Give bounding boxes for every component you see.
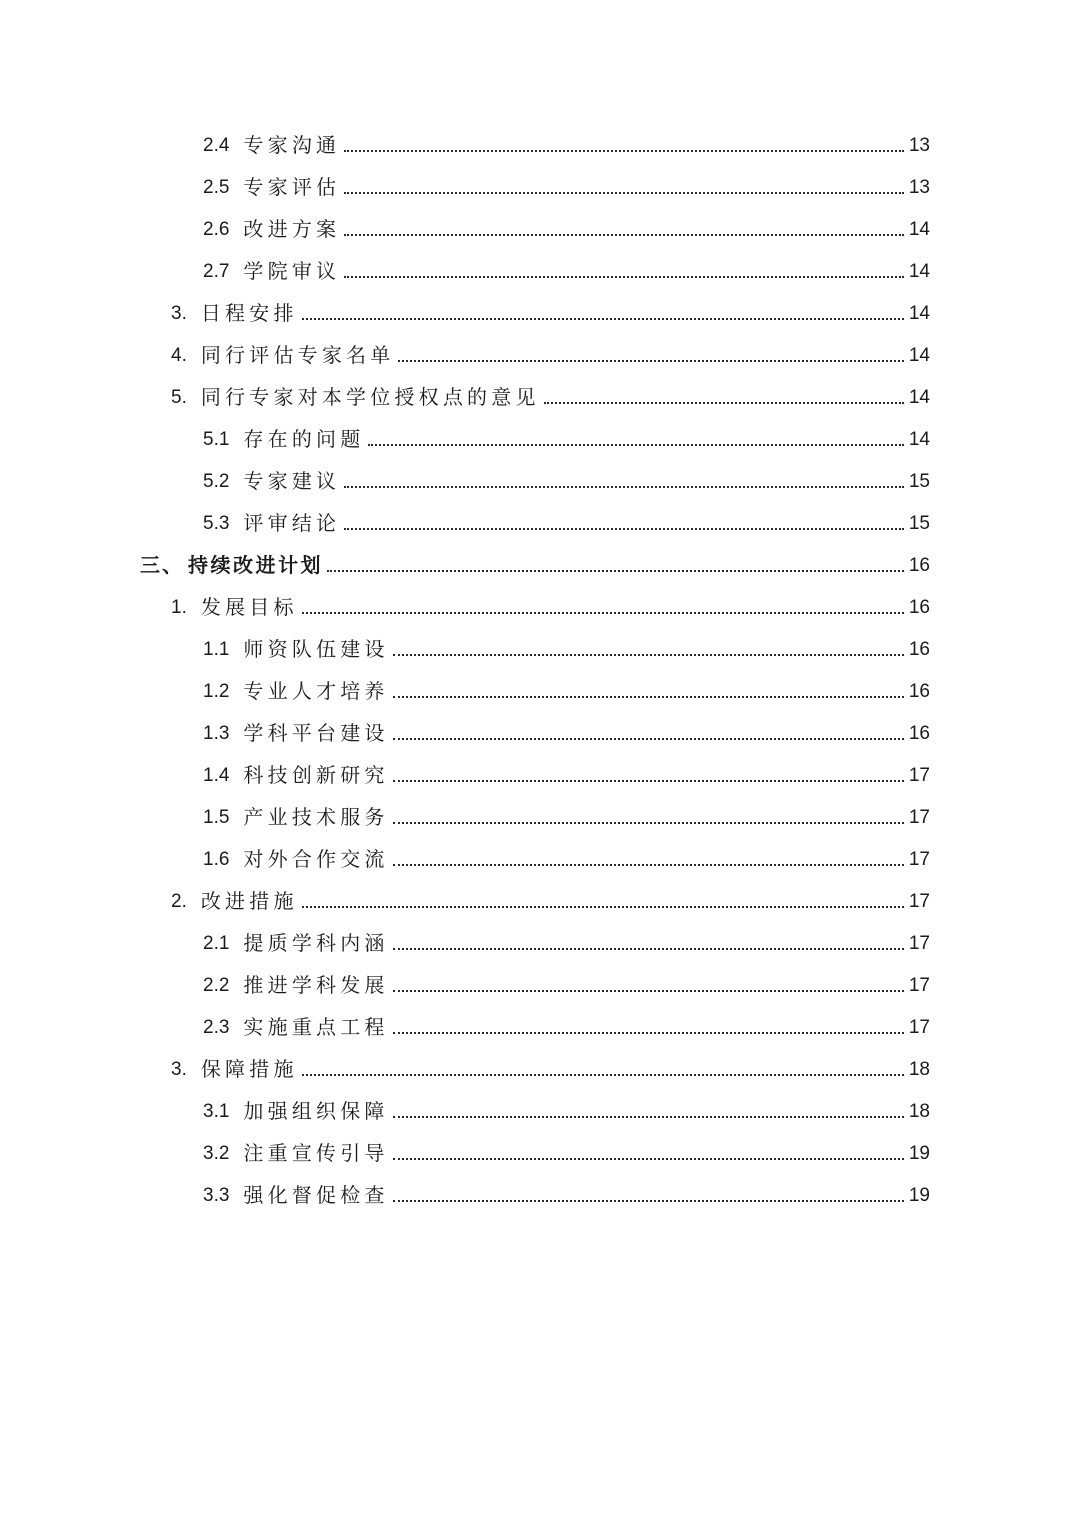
dot-leader xyxy=(344,486,904,488)
toc-entry-title: 专家建议 xyxy=(243,472,340,500)
toc-entry-number: 5.1 xyxy=(203,430,229,458)
toc-entry[interactable]: 3. 日程安排 14 xyxy=(140,290,930,332)
dot-leader xyxy=(344,234,904,236)
toc-entry-page-number: 17 xyxy=(908,850,930,878)
dot-leader xyxy=(302,906,904,908)
dot-leader xyxy=(393,864,904,866)
toc-entry[interactable]: 3.3 强化督促检查 19 xyxy=(140,1172,930,1214)
toc-entry-title: 实施重点工程 xyxy=(243,1018,388,1046)
toc-entry-title: 评审结论 xyxy=(243,514,340,542)
toc-entry-number: 1.4 xyxy=(203,766,229,794)
toc-entry-page-number: 16 xyxy=(908,682,930,710)
toc-entry-page-number: 19 xyxy=(908,1186,930,1214)
toc-entry[interactable]: 5.1 存在的问题 14 xyxy=(140,416,930,458)
toc-entry[interactable]: 1.1 师资队伍建设 16 xyxy=(140,626,930,668)
toc-entry-number: 2.4 xyxy=(203,136,229,164)
toc-entry-number: 1.5 xyxy=(203,808,229,836)
toc-entry-number: 1.3 xyxy=(203,724,229,752)
toc-entry-title: 学科平台建设 xyxy=(243,724,388,752)
toc-entry-number: 5. xyxy=(171,388,187,416)
toc-entry[interactable]: 1. 发展目标 16 xyxy=(140,584,930,626)
toc-entry-number: 5.2 xyxy=(203,472,229,500)
toc-entry-number: 2.6 xyxy=(203,220,229,248)
toc-entry-number: 1. xyxy=(171,598,187,626)
toc-entry[interactable]: 1.5 产业技术服务 17 xyxy=(140,794,930,836)
toc-entry-number: 三、 xyxy=(140,556,184,584)
toc-entry-title: 注重宣传引导 xyxy=(243,1144,388,1172)
toc-entry[interactable]: 5. 同行专家对本学位授权点的意见 14 xyxy=(140,374,930,416)
toc-entry-page-number: 13 xyxy=(908,178,930,206)
toc-entry[interactable]: 2.3 实施重点工程 17 xyxy=(140,1004,930,1046)
toc-entry-title: 日程安排 xyxy=(201,304,298,332)
toc-entry-number: 5.3 xyxy=(203,514,229,542)
toc-entry[interactable]: 1.3 学科平台建设 16 xyxy=(140,710,930,752)
toc-entry-number: 1.6 xyxy=(203,850,229,878)
dot-leader xyxy=(327,570,904,572)
toc-entry-page-number: 14 xyxy=(908,304,930,332)
dot-leader xyxy=(393,780,904,782)
dot-leader xyxy=(302,612,904,614)
toc-entry-page-number: 18 xyxy=(908,1060,930,1088)
toc-entry-title: 改进方案 xyxy=(243,220,340,248)
toc-entry-title: 专业人才培养 xyxy=(243,682,388,710)
toc-entry-number: 2.2 xyxy=(203,976,229,1004)
toc-entry[interactable]: 3. 保障措施 18 xyxy=(140,1046,930,1088)
dot-leader xyxy=(393,654,904,656)
toc-entry-page-number: 14 xyxy=(908,262,930,290)
dot-leader xyxy=(393,1032,904,1034)
toc-entry[interactable]: 1.4 科技创新研究 17 xyxy=(140,752,930,794)
toc-entry-title: 推进学科发展 xyxy=(243,976,388,1004)
toc-entry-page-number: 17 xyxy=(908,892,930,920)
toc-entry-page-number: 19 xyxy=(908,1144,930,1172)
toc-entry[interactable]: 5.3 评审结论 15 xyxy=(140,500,930,542)
toc-entry-page-number: 14 xyxy=(908,346,930,374)
toc-entry-page-number: 15 xyxy=(908,514,930,542)
toc-entry-page-number: 16 xyxy=(908,556,930,584)
dot-leader xyxy=(393,738,904,740)
document-page: 2.4 专家沟通 13 2.5 专家评估 13 2.6 改进方案 14 2.7 … xyxy=(0,0,1074,1520)
toc-entry-number: 2.7 xyxy=(203,262,229,290)
dot-leader xyxy=(344,150,904,152)
toc-entry-number: 3.1 xyxy=(203,1102,229,1130)
toc-entry[interactable]: 2.5 专家评估 13 xyxy=(140,164,930,206)
toc-entry-title: 同行评估专家名单 xyxy=(201,346,395,374)
toc-entry-title: 科技创新研究 xyxy=(243,766,388,794)
toc-entry[interactable]: 5.2 专家建议 15 xyxy=(140,458,930,500)
toc-entry-page-number: 17 xyxy=(908,808,930,836)
dot-leader xyxy=(393,1116,904,1118)
toc-entry-title: 对外合作交流 xyxy=(243,850,388,878)
dot-leader xyxy=(344,192,904,194)
toc-entry-page-number: 16 xyxy=(908,724,930,752)
toc-entry[interactable]: 3.2 注重宣传引导 19 xyxy=(140,1130,930,1172)
dot-leader xyxy=(544,402,904,404)
toc-entry-page-number: 13 xyxy=(908,136,930,164)
toc-entry[interactable]: 1.2 专业人才培养 16 xyxy=(140,668,930,710)
dot-leader xyxy=(344,528,904,530)
dot-leader xyxy=(344,276,904,278)
toc-entry-title: 存在的问题 xyxy=(243,430,364,458)
toc-entry-page-number: 14 xyxy=(908,430,930,458)
toc-entry-number: 4. xyxy=(171,346,187,374)
toc-entry-title: 发展目标 xyxy=(201,598,298,626)
toc-entry-number: 2. xyxy=(171,892,187,920)
table-of-contents: 2.4 专家沟通 13 2.5 专家评估 13 2.6 改进方案 14 2.7 … xyxy=(140,122,930,1214)
dot-leader xyxy=(393,1200,904,1202)
dot-leader xyxy=(393,990,904,992)
toc-entry-title: 持续改进计划 xyxy=(188,556,323,584)
toc-entry[interactable]: 2. 改进措施 17 xyxy=(140,878,930,920)
dot-leader xyxy=(393,696,904,698)
toc-entry-title: 加强组织保障 xyxy=(243,1102,388,1130)
toc-entry-number: 2.1 xyxy=(203,934,229,962)
toc-entry-page-number: 17 xyxy=(908,934,930,962)
toc-entry-page-number: 16 xyxy=(908,640,930,668)
toc-entry-number: 3. xyxy=(171,1060,187,1088)
toc-entry[interactable]: 2.1 提质学科内涵 17 xyxy=(140,920,930,962)
toc-entry-number: 2.3 xyxy=(203,1018,229,1046)
toc-entry-page-number: 14 xyxy=(908,388,930,416)
toc-entry-title: 产业技术服务 xyxy=(243,808,388,836)
dot-leader xyxy=(302,318,904,320)
toc-entry-title: 改进措施 xyxy=(201,892,298,920)
toc-entry-page-number: 14 xyxy=(908,220,930,248)
toc-entry[interactable]: 2.7 学院审议 14 xyxy=(140,248,930,290)
toc-entry-page-number: 18 xyxy=(908,1102,930,1130)
toc-entry-number: 3.2 xyxy=(203,1144,229,1172)
toc-entry-title: 强化督促检查 xyxy=(243,1186,388,1214)
toc-entry-page-number: 17 xyxy=(908,766,930,794)
toc-entry[interactable]: 2.2 推进学科发展 17 xyxy=(140,962,930,1004)
toc-entry-title: 提质学科内涵 xyxy=(243,934,388,962)
toc-entry-page-number: 16 xyxy=(908,598,930,626)
toc-entry-number: 1.2 xyxy=(203,682,229,710)
toc-entry-title: 保障措施 xyxy=(201,1060,298,1088)
toc-entry-title: 师资队伍建设 xyxy=(243,640,388,668)
toc-entry-number: 3.3 xyxy=(203,1186,229,1214)
toc-entry-title: 专家评估 xyxy=(243,178,340,206)
toc-entry[interactable]: 1.6 对外合作交流 17 xyxy=(140,836,930,878)
dot-leader xyxy=(393,1158,904,1160)
toc-entry[interactable]: 2.6 改进方案 14 xyxy=(140,206,930,248)
toc-entry-number: 2.5 xyxy=(203,178,229,206)
toc-entry-number: 1.1 xyxy=(203,640,229,668)
toc-entry-page-number: 17 xyxy=(908,976,930,1004)
toc-entry[interactable]: 三、 持续改进计划 16 xyxy=(140,542,930,584)
toc-entry[interactable]: 3.1 加强组织保障 18 xyxy=(140,1088,930,1130)
dot-leader xyxy=(393,948,904,950)
toc-entry-page-number: 17 xyxy=(908,1018,930,1046)
toc-entry-title: 学院审议 xyxy=(243,262,340,290)
dot-leader xyxy=(398,360,904,362)
toc-entry-title: 同行专家对本学位授权点的意见 xyxy=(201,388,540,416)
toc-entry[interactable]: 4. 同行评估专家名单 14 xyxy=(140,332,930,374)
toc-entry-title: 专家沟通 xyxy=(243,136,340,164)
dot-leader xyxy=(368,444,904,446)
toc-entry-number: 3. xyxy=(171,304,187,332)
toc-entry-page-number: 15 xyxy=(908,472,930,500)
dot-leader xyxy=(302,1074,904,1076)
dot-leader xyxy=(393,822,904,824)
toc-entry[interactable]: 2.4 专家沟通 13 xyxy=(140,122,930,164)
